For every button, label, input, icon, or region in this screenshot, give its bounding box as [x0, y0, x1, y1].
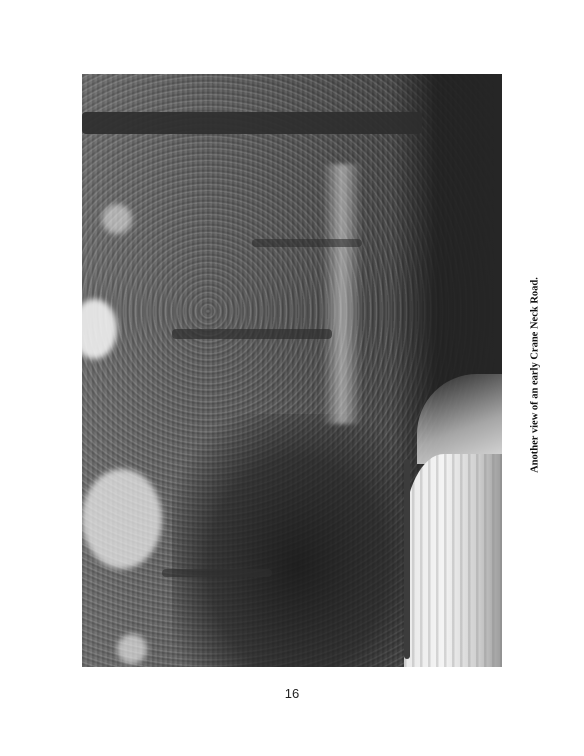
tree-trunk	[82, 112, 422, 134]
sunlit-foliage	[322, 164, 362, 424]
road-edge	[404, 459, 410, 659]
photo-caption: Another view of an early Crane Neck Road…	[530, 277, 541, 473]
tree-trunk	[252, 239, 362, 247]
tree-trunk	[162, 569, 272, 577]
sky-patch	[117, 634, 147, 664]
sky-patch	[82, 469, 162, 569]
dirt-road	[404, 454, 502, 667]
dark-canopy	[172, 414, 422, 667]
sky-patch	[102, 204, 132, 234]
crane-neck-road-photo	[82, 74, 502, 667]
page-number: 16	[0, 686, 584, 701]
tree-trunk	[172, 329, 332, 339]
